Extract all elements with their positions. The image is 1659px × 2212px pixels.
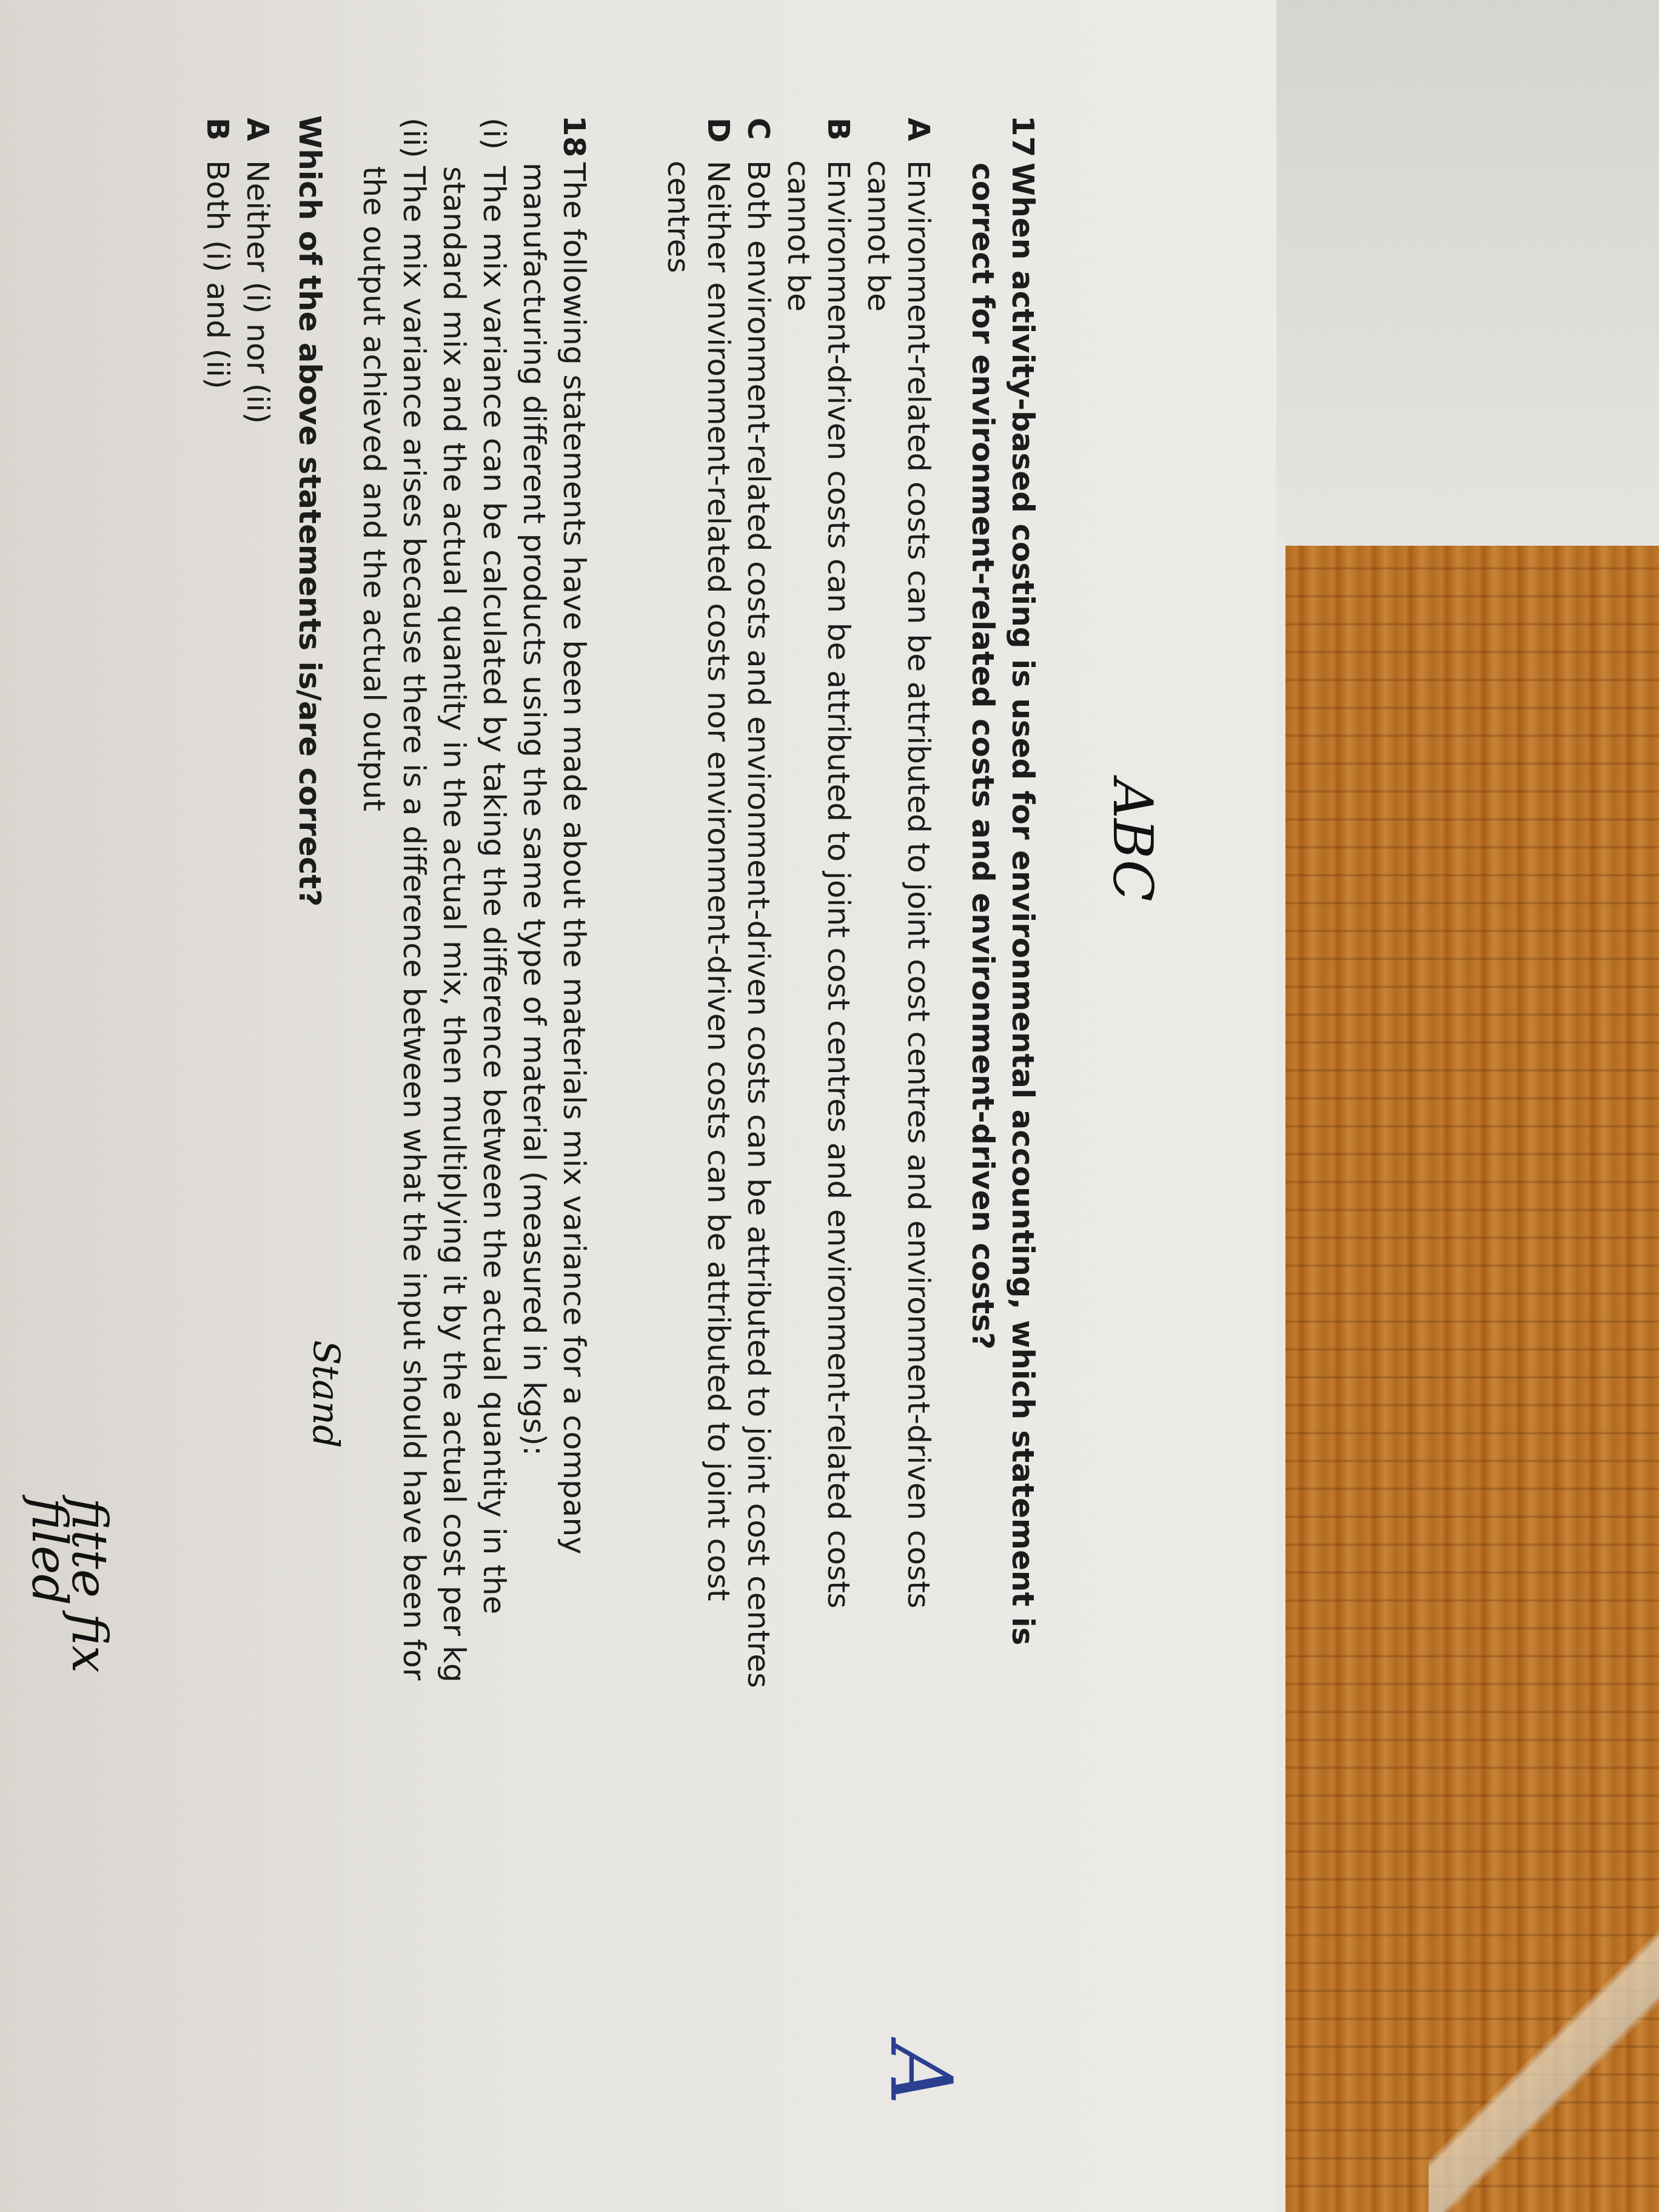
statement-ii: (ii)The mix variance arises because ther… <box>354 118 434 1692</box>
question-18: 18 The following statements have been ma… <box>198 115 594 1692</box>
rotated-page-content: 17 When activity-based costing is used f… <box>0 0 1276 2212</box>
question-text: The following statements have been made … <box>514 163 594 1692</box>
background-wall <box>1273 0 1659 546</box>
handwritten-note-stand: Stand <box>306 1340 346 1448</box>
option-c: CBoth environment-related costs and envi… <box>739 118 779 1692</box>
question-17: 17 When activity-based costing is used f… <box>659 115 1043 1692</box>
question-prompt: Which of the above statements is/are cor… <box>290 115 330 1692</box>
option-b: BBoth (i) and (ii) <box>198 118 238 1692</box>
handwritten-note-abc: ABC <box>1112 779 1152 902</box>
option-d: DNeither environment-related costs nor e… <box>659 118 739 1692</box>
question-number: 17 <box>963 115 1043 149</box>
option-a: AEnvironment-related costs can be attrib… <box>859 118 939 1692</box>
pen <box>1429 1897 1659 2212</box>
option-a: ANeither (i) nor (ii) <box>238 118 278 1692</box>
question-text: When activity-based costing is used for … <box>963 163 1043 1692</box>
handwritten-note-filled: fitte fix filed <box>29 1498 109 1692</box>
statement-i: (i)The mix variance can be calculated by… <box>434 118 514 1692</box>
option-b: BEnvironment-driven costs can be attribu… <box>779 118 859 1692</box>
handwritten-answer-q17: A <box>900 2043 940 2105</box>
question-number: 18 <box>514 115 594 149</box>
